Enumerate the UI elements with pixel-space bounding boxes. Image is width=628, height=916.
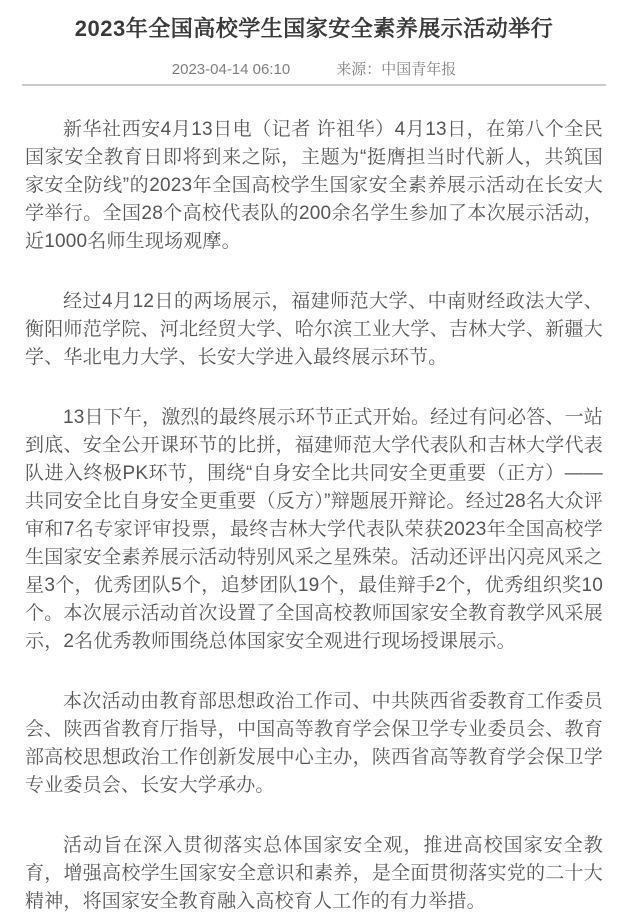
article-paragraph: 经过4月12日的两场展示，福建师范大学、中南财经政法大学、衡阳师范学院、河北经贸… — [25, 288, 603, 372]
article-body: 新华社西安4月13日电（记者 许祖华）4月13日，在第八个全民国家安全教育日即将… — [0, 86, 628, 916]
article-paragraph: 活动旨在深入贯彻落实总体国家安全观，推进高校国家安全教育，增强高校学生国家安全意… — [25, 832, 603, 916]
article-paragraph: 13日下午，激烈的最终展示环节正式开始。经过有问必答、一站到底、安全公开课环节的… — [25, 404, 603, 656]
article-title: 2023年全国高校学生国家安全素养展示活动举行 — [36, 14, 592, 44]
article-paragraph: 本次活动由教育部思想政治工作司、中共陕西省委教育工作委员会、陕西省教育厅指导，中… — [25, 688, 603, 800]
publish-date: 2023-04-14 06:10 — [172, 61, 290, 79]
article-meta: 2023-04-14 06:10 来源：中国青年报 — [0, 61, 628, 79]
article-page: 2023年全国高校学生国家安全素养展示活动举行 2023-04-14 06:10… — [0, 14, 628, 916]
article-source: 来源：中国青年报 — [336, 61, 456, 79]
article-paragraph: 新华社西安4月13日电（记者 许祖华）4月13日，在第八个全民国家安全教育日即将… — [25, 116, 603, 256]
